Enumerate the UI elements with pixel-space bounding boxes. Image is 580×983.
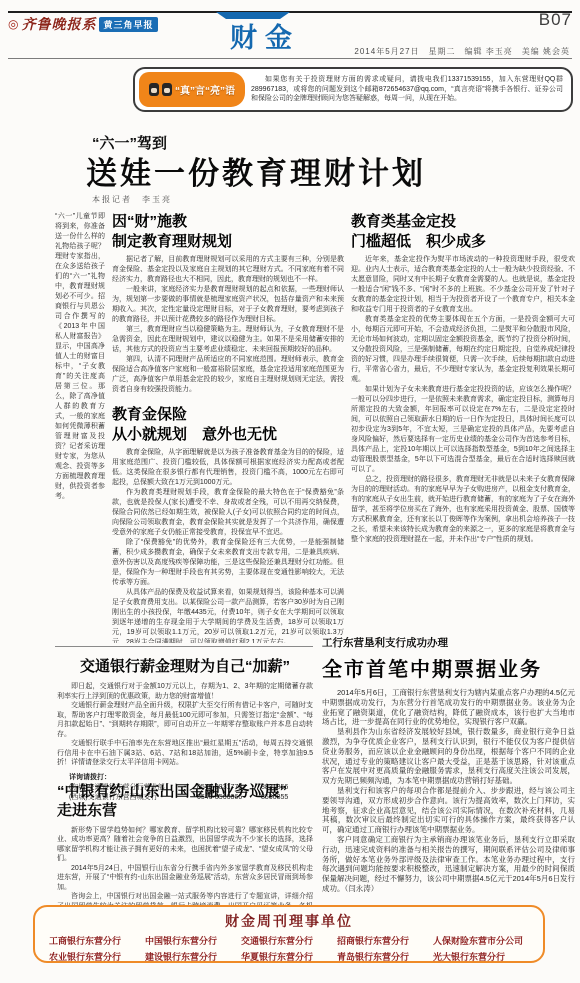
bank-name: 招商银行东营分行	[337, 934, 433, 947]
paragraph: 教育类基金定投的优势主要体现在五个方面，一是投资金额可大可小，每期百元即可开始，…	[351, 315, 575, 385]
paragraph: 交通银行薪金理财产品全面升级，权限扩大至交行所有借记卡客户，可随时支取，帮助客户…	[57, 701, 313, 739]
paragraph: 总之，投资理财的路径很多，教育理财无非就是以未来子女教育保障为目的的理财活动。有…	[351, 475, 575, 545]
hotline-badge-label: “真”言“亮”语	[175, 82, 235, 97]
hotline-box: “真”言“亮”语 如果您有关于投资理财方面的需求或疑问，请拨电我们1337153…	[133, 67, 573, 112]
bank-name: 农业银行东营分行	[49, 950, 145, 963]
paragraph: 第三，教育理财应当以稳健策略为主。理财师认为，子女教育理财不是急需资金，因此在理…	[112, 325, 344, 355]
feature-section-insurance-planning: 因“财”施教 制定教育理财规划 据记者了解，目前教育理财规划可以采用的方式主要有…	[112, 212, 344, 395]
bank-name: 建设银行东营分行	[145, 950, 241, 963]
paragraph: 新形势下留学趋势如何？哪家教育、留学机构比较可靠？哪家移民机构比较专业、成功率更…	[57, 826, 313, 864]
newspaper-page: ◎ 齐鲁晚报系 黄三角早报 B07 财金 2014年5月27日 星期二 编辑 李…	[0, 0, 580, 983]
directors-board: 财金周刊理事单位 工商银行东营分行 中国银行东营分行 交通银行东营分行 招商银行…	[33, 905, 545, 963]
feature-intro-column: “六一”儿童节即将到来，你准备送一份什么样的礼物给孩子呢？理财专家指出，在众多送…	[55, 212, 105, 643]
paragraph: 一般来讲，家庭经济实力是教育理财规划的起点和依据，一些理财师认为，规划第一步要做…	[112, 285, 344, 325]
article-title-line2: 走进东营	[57, 802, 313, 821]
divider-rule	[55, 646, 313, 647]
paragraph: 即日起，交通银行对于金额10万元以上，存期为1、2、3年期的定期储蓄存款利率实行…	[57, 682, 313, 701]
hotline-badge: “真”言“亮”语	[139, 72, 245, 107]
feature-section-fund-investment: 教育类基金定投 门槛超低 积少成多 近年来，基金定投作为熨平市场波动的一种投资理…	[351, 212, 575, 545]
paragraph: 作为教育类理财规划手段，教育金保险的最大特色在于“保费豁免”条款，也就是投保人(…	[112, 488, 344, 538]
bank-name: 华夏银行东营分行	[241, 950, 337, 963]
article-title: 交通银行薪金理财为自己“加薪”	[57, 655, 313, 676]
article-title: 全市首笔中期票据业务	[322, 653, 575, 682]
paragraph: 垦利支行和该客户的每项合作都是提前介入、步步跟进，经与该公司主要领导沟通，双方形…	[322, 786, 575, 835]
feature-section-education-insurance: 教育金保险 从小就规划 意外也无忧 教育金保险，从字面理解就是以为孩子准备教育基…	[112, 405, 344, 643]
article-body: 2014年5月6日，工商银行东营垦利支行为辖内某重点客户办理的4.5亿元中期票据…	[322, 688, 575, 900]
bank-name: 光大银行东营分行	[433, 950, 529, 963]
paragraph: 教育金保险，从字面理解就是以为孩子准备教育基金为目的的保险，适用家庭范围广、投资…	[112, 448, 344, 488]
paragraph: 2014年5月6日，工商银行东营垦利支行为辖内某重点客户办理的4.5亿元中期票据…	[322, 688, 575, 727]
masthead-bottom-rule	[8, 58, 572, 59]
paragraph: 据记者了解，目前教育理财规划可以采用的方式主要有三种，分别是教育金保险、基金定投…	[112, 255, 344, 285]
bank-name: 人保财险东营市分公司	[433, 934, 529, 947]
board-grid: 工商银行东营分行 中国银行东营分行 交通银行东营分行 招商银行东营分行 人保财险…	[35, 934, 543, 963]
feature-middle-column: 因“财”施教 制定教育理财规划 据记者了解，目前教育理财规划可以采用的方式主要有…	[112, 212, 344, 643]
section-heading-line2: 从小就规划 意外也无忧	[112, 425, 344, 445]
paragraph: 客户同意确定工商银行为主承销商办理该笔业务后，垦利支行立即采取行动，迅速完成资料…	[322, 835, 575, 894]
article-boc-roadshow: “中银有约-山东出国金融业务巡展” 走进东营 新形势下留学趋势如何？哪家教育、留…	[57, 783, 313, 914]
masthead-top-rule	[8, 11, 572, 13]
section-heading-line1: 教育类基金定投	[351, 212, 575, 232]
paragraph: 第四，认清不同理财产品所适应的不同家庭范围。理财师表示，教育金保险适合高净值客户…	[112, 355, 344, 395]
section-heading: 因“财”施教 制定教育理财规划	[112, 212, 344, 251]
article-bocom-salary: 交通银行薪金理财为自己“加薪” 即日起，交通银行对于金额10万元以上，存期为1、…	[57, 655, 313, 803]
section-heading-line1: 因“财”施教	[112, 212, 344, 232]
bank-name: 交通银行东营分行	[241, 934, 337, 947]
feature-byline: 本报记者 李玉亮	[92, 194, 172, 205]
article-title-line1: “中银有约-山东出国金融业务巡展”	[57, 783, 313, 802]
bank-name: 工商银行东营分行	[49, 934, 145, 947]
bank-name: 青岛银行东营分行	[337, 950, 433, 963]
bank-name: 中国银行东营分行	[145, 934, 241, 947]
paragraph: 2014年5月24日，中国银行山东省分行携手省内外多家留学教育及移民机构走进东营…	[57, 864, 313, 893]
feature-columns: “六一”儿童节即将到来，你准备送一份什么样的礼物给孩子呢？理财专家指出，在众多送…	[55, 212, 575, 643]
section-heading-line2: 门槛超低 积少成多	[351, 232, 575, 252]
page-number: B07	[539, 10, 572, 30]
paragraph: 如果计划为子女未来教育进行基金定投投资的话，应该怎么操作呢？一般可以分四步进行，…	[351, 385, 575, 475]
mascot-icon	[162, 83, 172, 96]
contact-heading: 详询请拨打：	[69, 773, 313, 783]
feature-headline: 送娃一份教育理财计划	[86, 148, 426, 193]
paragraph: 除了“保费豁免”的优势外，教育金保险还有三大优势，一是能强制储蓄，积少成多攒教育…	[112, 538, 344, 588]
section-heading-line2: 制定教育理财规划	[112, 232, 344, 252]
hotline-text: 如果您有关于投资理财方面的需求或疑问，请拨电我们13371539155，加入东营…	[247, 72, 571, 107]
mascot-icon	[149, 83, 159, 96]
article-body: 新形势下留学趋势如何？哪家教育、留学机构比较可靠？哪家移民机构比较专业、成功率更…	[57, 826, 313, 914]
paragraph: 从具体产品的保费及收益试算来看，如果规划得当，该险种基本可以满足子女教育费用支出…	[112, 588, 344, 643]
article-title: “中银有约-山东出国金融业务巡展” 走进东营	[57, 783, 313, 821]
dateline: 2014年5月27日 星期二 编辑 李玉亮 美编 姚会英	[354, 46, 570, 57]
paragraph: 近年来，基金定投作为熨平市场波动的一种投资理财手段，很受欢迎。业内人士表示，适合…	[351, 255, 575, 315]
board-title: 财金周刊理事单位	[35, 911, 543, 931]
section-heading-line1: 教育金保险	[112, 405, 344, 425]
article-icbc-notes: 工行东营垦利支行成功办理 全市首笔中期票据业务 2014年5月6日，工商银行东营…	[322, 635, 575, 900]
feature-right-column: 教育类基金定投 门槛超低 积少成多 近年来，基金定投作为熨平市场波动的一种投资理…	[351, 212, 575, 643]
paragraph: 垦利县作为山东省经济发展较好县域，银行数量多，商业银行竞争日益激烈，为争夺优质企…	[322, 727, 575, 786]
article-kicker: 工行东营垦利支行成功办理	[322, 635, 575, 650]
section-heading: 教育类基金定投 门槛超低 积少成多	[351, 212, 575, 251]
section-heading: 教育金保险 从小就规划 意外也无忧	[112, 405, 344, 444]
paragraph: 交通银行联手中石油率先在东营地区推出“最红星期五”活动，每周五持交通银行信用卡在…	[57, 739, 313, 768]
